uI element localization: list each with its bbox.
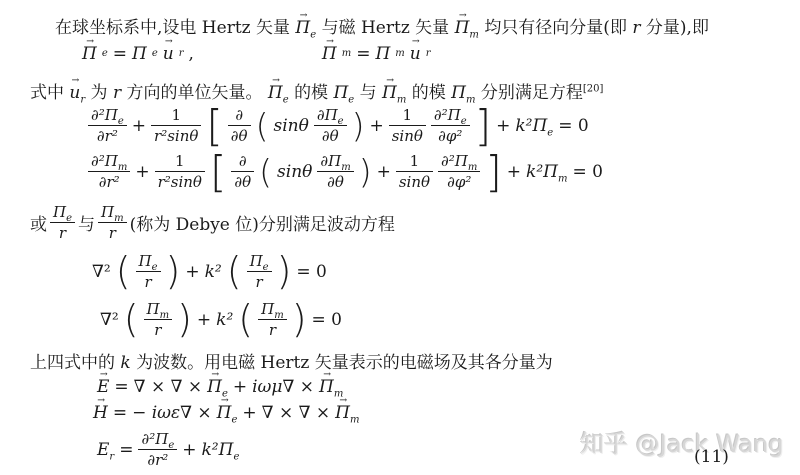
k2pi-term: k²Π <box>526 162 558 182</box>
comma: , <box>188 44 193 64</box>
intro-text-b: 与磁 Hertz 矢量 <box>322 18 450 38</box>
equals-sign: = <box>356 44 370 64</box>
citation-ref: [20] <box>583 83 604 94</box>
right-paren: ) <box>277 254 292 288</box>
paragraph-intro: 在球坐标系中,设电 Hertz 矢量 →Πe 与磁 Hertz 矢量 →Πm 均… <box>55 13 709 38</box>
pi-scalar: Π <box>375 44 390 64</box>
vector-arrow-icon: → <box>165 37 173 46</box>
fraction: 1r²sinθ <box>151 106 201 145</box>
paragraph-unit-vector: 式中 →ur 为 r 方向的单位矢量。 →Πe 的模 Πe 与 →Πm 的模 Π… <box>30 78 603 103</box>
subscript-r: r <box>80 94 85 105</box>
right-bracket: ] <box>485 152 501 191</box>
fraction: ∂²Πm∂r² <box>88 152 130 191</box>
vector-arrow-icon: → <box>86 37 94 46</box>
equals-sign: = <box>113 44 127 64</box>
fraction: ∂∂θ <box>228 106 251 145</box>
vector-arrow-icon: → <box>211 370 219 379</box>
right-bracket: ] <box>475 106 491 145</box>
k2pi-term: k²Π <box>201 440 233 460</box>
vector-arrow-icon: → <box>100 370 108 379</box>
text-b: 为 <box>91 83 108 103</box>
fraction: 1r²sinθ <box>155 152 205 191</box>
plus-sign: + <box>377 162 391 182</box>
scanned-paper-page: 在球坐标系中,设电 Hertz 矢量 →Πe 与磁 Hertz 矢量 →Πm 均… <box>0 0 800 475</box>
equals-zero: = 0 <box>572 162 602 182</box>
laplacian: ∇² <box>92 262 111 282</box>
plus-sign: + <box>369 116 383 136</box>
vector-arrow-icon: → <box>300 11 308 20</box>
plus-sign: + <box>197 310 211 330</box>
text-mod1: 的模 <box>294 83 328 103</box>
var-k: k <box>120 353 130 373</box>
sin-theta: sinθ <box>273 116 308 136</box>
text-b: 为波数。用电磁 Hertz 矢量表示的电磁场及其各分量为 <box>136 353 553 373</box>
vector-arrow-icon: → <box>412 37 420 46</box>
fraction: Πer <box>247 252 272 291</box>
vector-pi-e: →Π <box>295 18 310 38</box>
k2pi-term: k²Π <box>515 116 547 136</box>
curl-curl-operator: ∇ × ∇ × <box>134 377 202 397</box>
curl-curl-operator: ∇ × ∇ × <box>262 403 330 423</box>
vector-arrow-icon: → <box>97 396 105 405</box>
plus-sign: + <box>135 162 149 182</box>
equals-zero: = 0 <box>296 262 326 282</box>
left-paren: ( <box>238 302 253 336</box>
vector-pi-m: →Π <box>335 403 350 423</box>
plus-sign: + <box>182 440 196 460</box>
equation-number: (11) <box>694 447 729 467</box>
right-paren: ) <box>292 302 307 336</box>
vector-arrow-icon: → <box>72 76 80 85</box>
pi-scalar: Π <box>451 83 466 103</box>
right-paren: ) <box>166 254 181 288</box>
fraction: Πmr <box>258 300 287 339</box>
plus-sign: + <box>132 116 146 136</box>
var-r: r <box>113 83 121 103</box>
vector-arrow-icon: → <box>459 11 467 20</box>
subscript-m: m <box>397 94 406 105</box>
fraction: ∂²Πe∂r² <box>138 430 177 469</box>
right-paren: ) <box>177 302 192 336</box>
vector-u-r: →u <box>163 44 174 64</box>
paragraph-wavenumber: 上四式中的 k 为波数。用电磁 Hertz 矢量表示的电磁场及其各分量为 <box>30 348 553 373</box>
left-paren: ( <box>256 111 269 141</box>
left-bracket: [ <box>206 106 222 145</box>
fraction: ∂Πe∂θ <box>314 106 347 145</box>
left-paren: ( <box>259 157 272 187</box>
pi-scalar: Π <box>132 44 147 64</box>
fraction: ∂²Πe∂φ² <box>431 106 470 145</box>
subscript-m: m <box>469 29 478 40</box>
fraction: Πer <box>136 252 161 291</box>
vector-arrow-icon: → <box>339 396 347 405</box>
equals-zero: = 0 <box>558 116 588 136</box>
k-squared: k² <box>216 310 233 330</box>
vector-pi-m: →Π <box>322 44 337 64</box>
plus-sign: + <box>496 116 510 136</box>
equation-definitions: →Πe = Πe→ur , →Πm = Πm→ur <box>82 44 431 64</box>
vector-arrow-icon: → <box>326 37 334 46</box>
paragraph-debye: 或 Πer 与 Πmr (称为 Debye 位)分别满足波动方程 <box>30 203 395 242</box>
text-and: 与 <box>78 210 95 235</box>
vector-pi-m: →Π <box>455 18 470 38</box>
plus-sign: + <box>233 377 247 397</box>
zhihu-watermark: 知乎 @Jack Wang <box>580 424 783 459</box>
fraction: ∂Πm∂θ <box>317 152 353 191</box>
plus-sign: + <box>507 162 521 182</box>
equation-pde-magnetic: ∂²Πm∂r² + 1r²sinθ [ ∂∂θ ( sinθ ∂Πm∂θ ) +… <box>88 152 603 191</box>
vector-u-r: →u <box>410 44 421 64</box>
equation-er-component: Er = ∂²Πe∂r² + k²Πe <box>97 430 239 469</box>
equals-zero: = 0 <box>312 310 342 330</box>
vector-u-r: →u <box>69 83 80 103</box>
subscript-e: e <box>348 94 354 105</box>
vector-pi-e: →Π <box>82 44 97 64</box>
text-or: 或 <box>30 210 47 235</box>
left-paren: ( <box>116 254 131 288</box>
sin-theta: sinθ <box>277 162 312 182</box>
subscript-e: e <box>310 29 316 40</box>
pi-scalar: Π <box>333 83 348 103</box>
right-paren: ) <box>352 111 365 141</box>
fraction: Πmr <box>144 300 173 339</box>
fraction: Πmr <box>98 203 127 242</box>
equation-e-field: →E = ∇ × ∇ × →Πe + iωμ∇ × →Πm <box>97 377 343 397</box>
text-end: 分别满足方程 <box>481 83 583 103</box>
vector-arrow-icon: → <box>221 396 229 405</box>
left-bracket: [ <box>210 152 226 191</box>
left-paren: ( <box>227 254 242 288</box>
subscript-e: e <box>283 94 289 105</box>
equation-wave-magnetic: ∇² ( Πmr ) + k² ( Πmr ) = 0 <box>100 300 342 339</box>
fraction: 1sinθ <box>396 152 433 191</box>
equation-pde-electric: ∂²Πe∂r² + 1r²sinθ [ ∂∂θ ( sinθ ∂Πe∂θ ) +… <box>88 106 589 145</box>
right-paren: ) <box>359 157 372 187</box>
equation-h-field: →H = − iωε∇ × →Πe + ∇ × ∇ × →Πm <box>93 403 359 423</box>
laplacian: ∇² <box>100 310 119 330</box>
k-squared: k² <box>205 262 222 282</box>
fraction: 1sinθ <box>389 106 426 145</box>
minus-iweps-curl-operator: − iωε∇ × <box>132 403 212 423</box>
equation-wave-electric: ∇² ( Πer ) + k² ( Πer ) = 0 <box>92 252 327 291</box>
text-mod2: 的模 <box>412 83 446 103</box>
intro-text-a: 在球坐标系中,设电 Hertz 矢量 <box>55 18 290 38</box>
intro-text-d: 分量),即 <box>646 18 709 38</box>
fraction: Πer <box>50 203 75 242</box>
var-E: E <box>97 440 109 460</box>
equals-sign: = <box>119 440 133 460</box>
vector-E: →E <box>97 377 109 397</box>
vector-arrow-icon: → <box>386 76 394 85</box>
vector-pi-e: →Π <box>207 377 222 397</box>
vector-pi-e: →Π <box>217 403 232 423</box>
var-r: r <box>632 18 640 38</box>
vector-arrow-icon: → <box>272 76 280 85</box>
text-debye-rest: (称为 Debye 位)分别满足波动方程 <box>130 210 395 235</box>
vector-pi-m: →Π <box>382 83 397 103</box>
fraction: ∂∂θ <box>231 152 254 191</box>
text-c: 方向的单位矢量。 <box>127 83 263 103</box>
vector-H: →H <box>93 403 108 423</box>
text-a: 式中 <box>30 83 64 103</box>
vector-arrow-icon: → <box>323 370 331 379</box>
plus-sign: + <box>185 262 199 282</box>
text-and: 与 <box>360 83 377 103</box>
vector-pi-m: →Π <box>319 377 334 397</box>
fraction: ∂²Πm∂φ² <box>438 152 480 191</box>
equals-sign: = <box>113 403 127 423</box>
intro-text-c: 均只有径向分量(即 <box>484 18 627 38</box>
vector-pi-e: →Π <box>268 83 283 103</box>
equals-sign: = <box>114 377 128 397</box>
iwmu-curl-operator: iωμ∇ × <box>252 377 314 397</box>
left-paren: ( <box>124 302 139 336</box>
plus-sign: + <box>242 403 256 423</box>
fraction: ∂²Πe∂r² <box>88 106 127 145</box>
